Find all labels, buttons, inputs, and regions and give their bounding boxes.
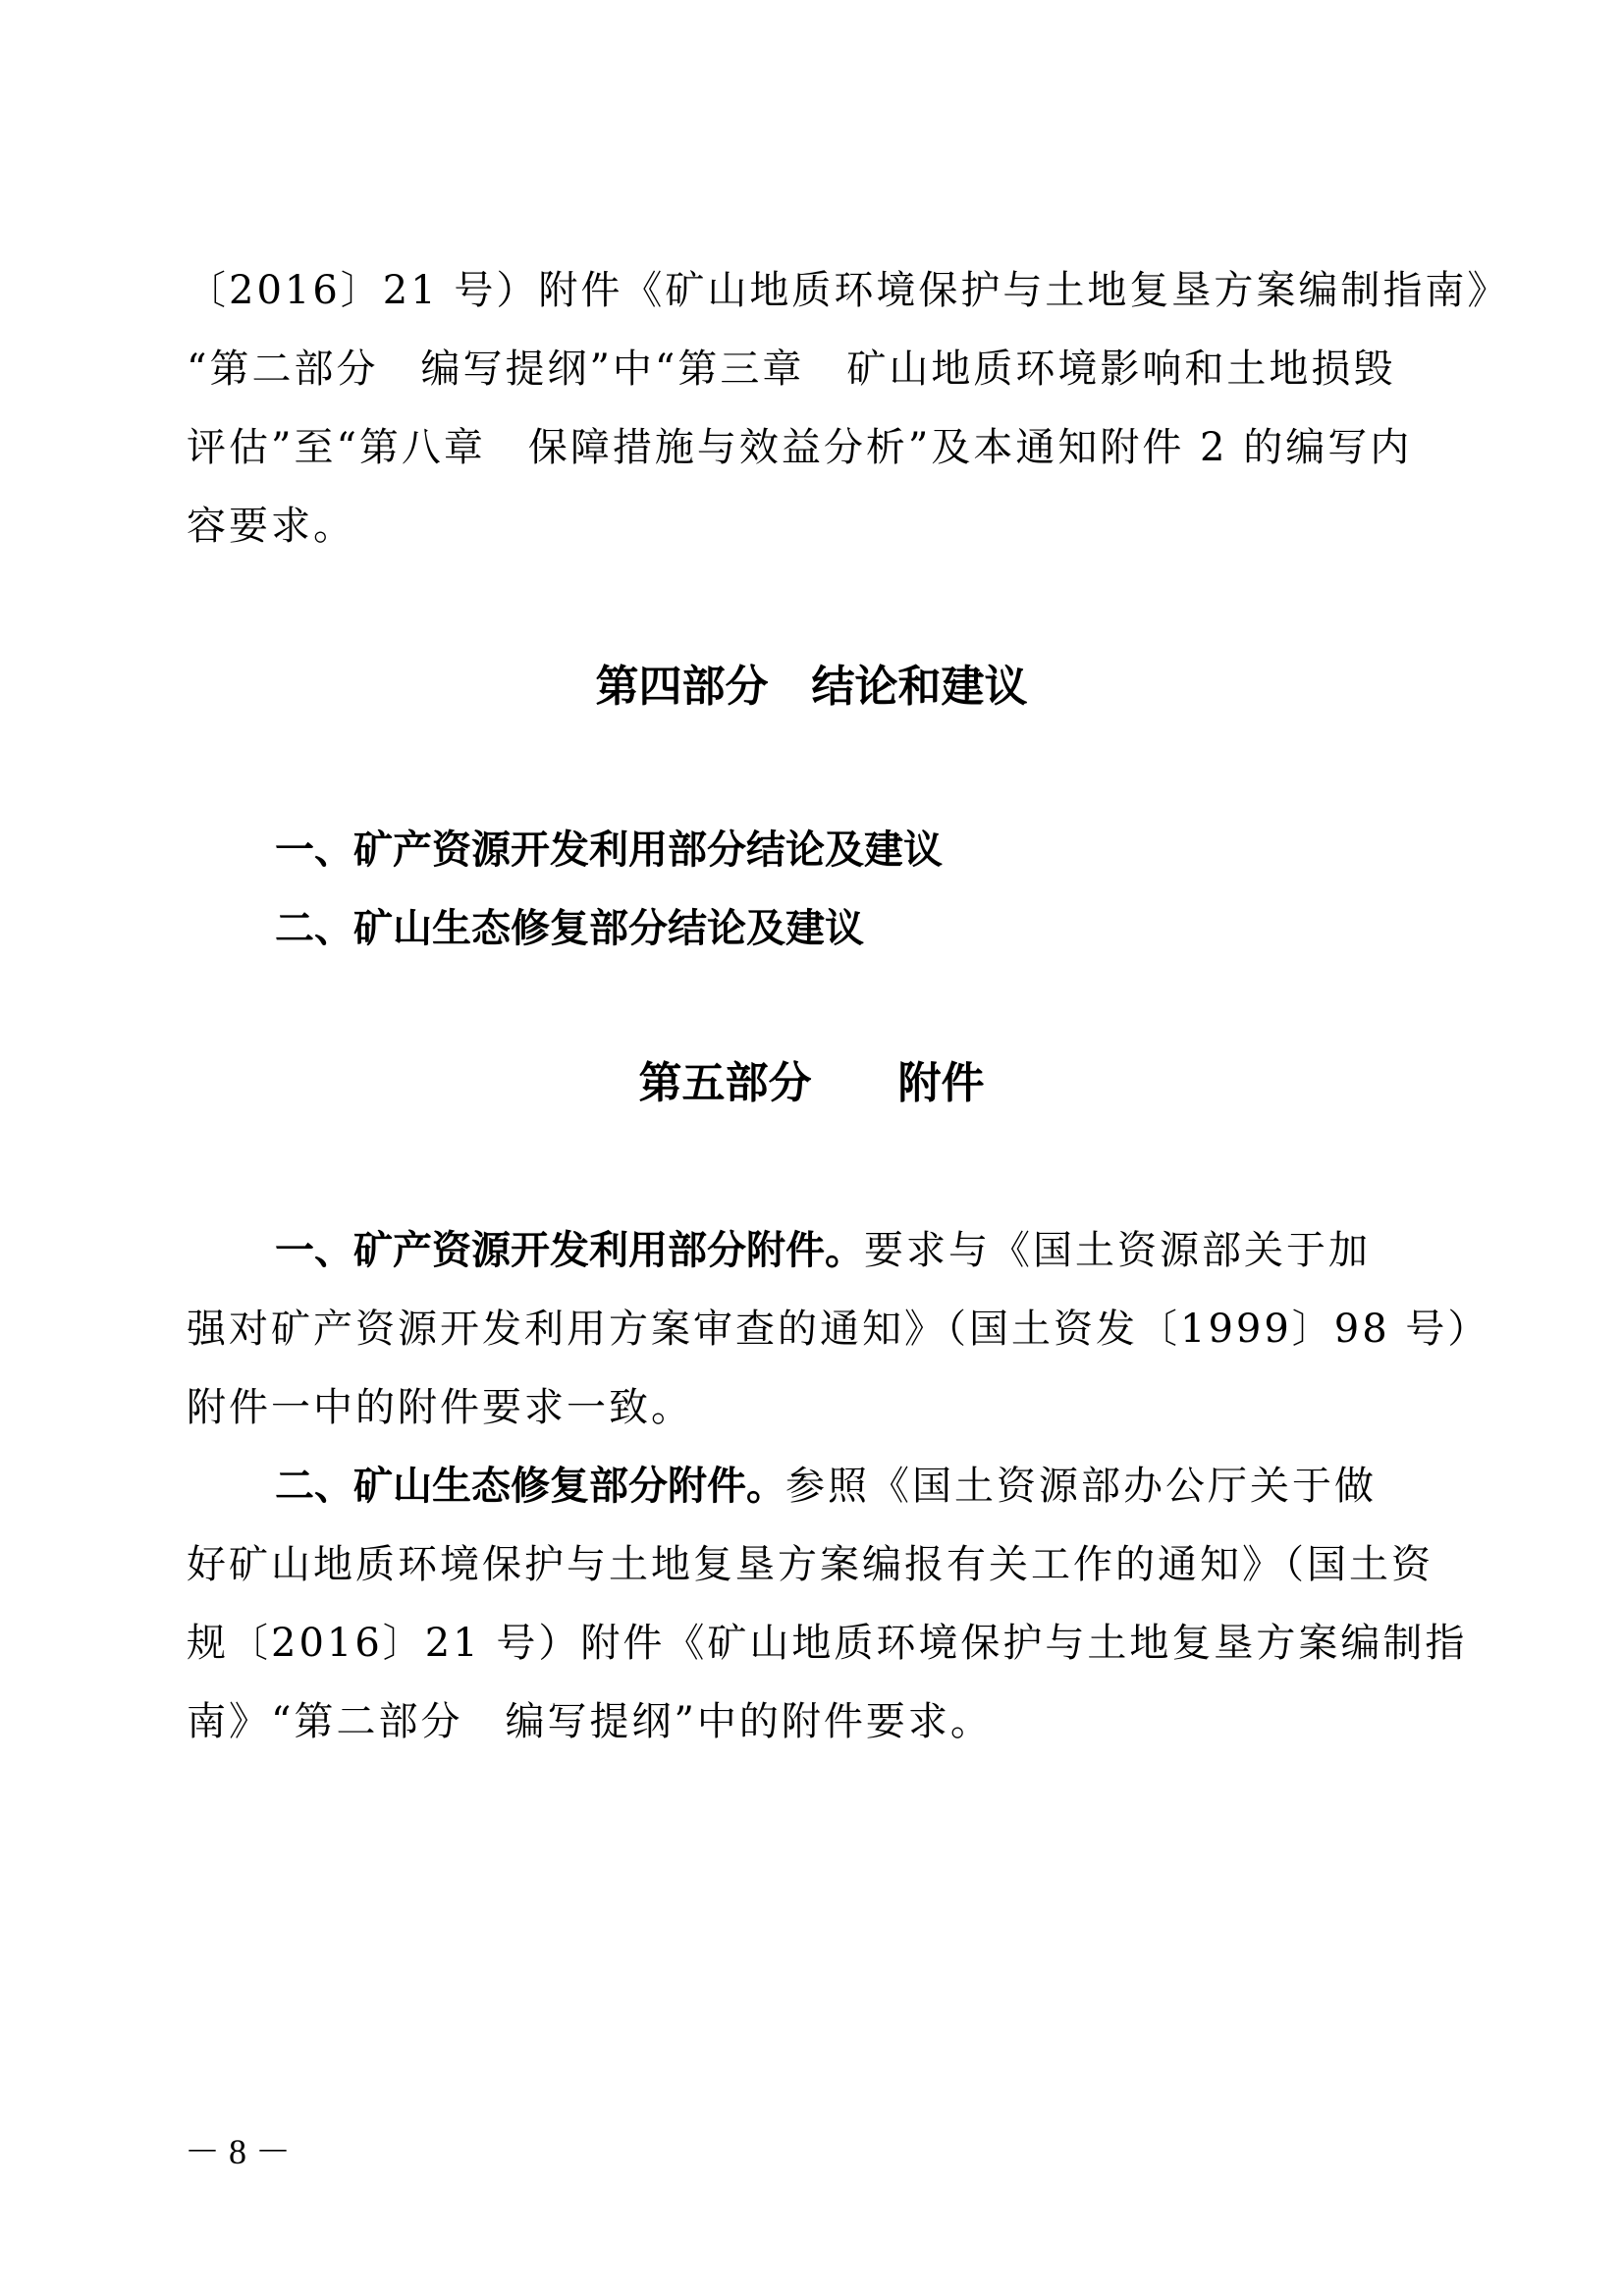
item-lead: 一、矿产资源开发利用部分附件。 (275, 1228, 864, 1273)
document-page: 〔2016〕21 号）附件《矿山地质环境保护与土地复垦方案编制指南》 “第二部分… (0, 0, 1623, 2296)
paragraph-line: 一、矿产资源开发利用部分附件。要求与《国土资源部关于加 (275, 1227, 1551, 1274)
page-number: － 8 － (185, 2130, 291, 2173)
paragraph-line: “第二部分 编写提纲”中“第三章 矿山地质环境影响和土地损毁 (187, 346, 1463, 393)
item-text: 要求与《国土资源部关于加 (864, 1228, 1371, 1273)
section-heading-part4: 第四部分 结论和建议 (0, 662, 1623, 713)
paragraph-line: 二、矿山生态修复部分附件。参照《国土资源部办公厅关于做 (275, 1463, 1551, 1510)
paragraph-line: 强对矿产资源开发利用方案审查的通知》（国土资发〔1999〕98 号） (187, 1306, 1463, 1353)
part4-item-2: 二、矿山生态修复部分结论及建议 (275, 905, 864, 952)
paragraph-line: 南》“第二部分 编写提纲”中的附件要求。 (187, 1698, 1463, 1745)
paragraph-line: 〔2016〕21 号）附件《矿山地质环境保护与土地复垦方案编制指南》 (187, 267, 1463, 314)
paragraph-line: 好矿山地质环境保护与土地复垦方案编报有关工作的通知》（国土资 (187, 1541, 1463, 1588)
item-text: 参照《国土资源部办公厅关于做 (785, 1464, 1377, 1509)
paragraph-line: 容要求。 (187, 503, 1463, 550)
item-lead: 二、矿山生态修复部分附件。 (275, 1464, 785, 1509)
paragraph-line: 评估”至“第八章 保障措施与效益分析”及本通知附件 2 的编写内 (187, 424, 1463, 471)
section-heading-part5: 第五部分 附件 (0, 1058, 1623, 1109)
paragraph-line: 附件一中的附件要求一致。 (187, 1384, 1463, 1431)
paragraph-line: 规〔2016〕21 号）附件《矿山地质环境保护与土地复垦方案编制指 (187, 1620, 1463, 1667)
part4-item-1: 一、矿产资源开发利用部分结论及建议 (275, 827, 943, 874)
